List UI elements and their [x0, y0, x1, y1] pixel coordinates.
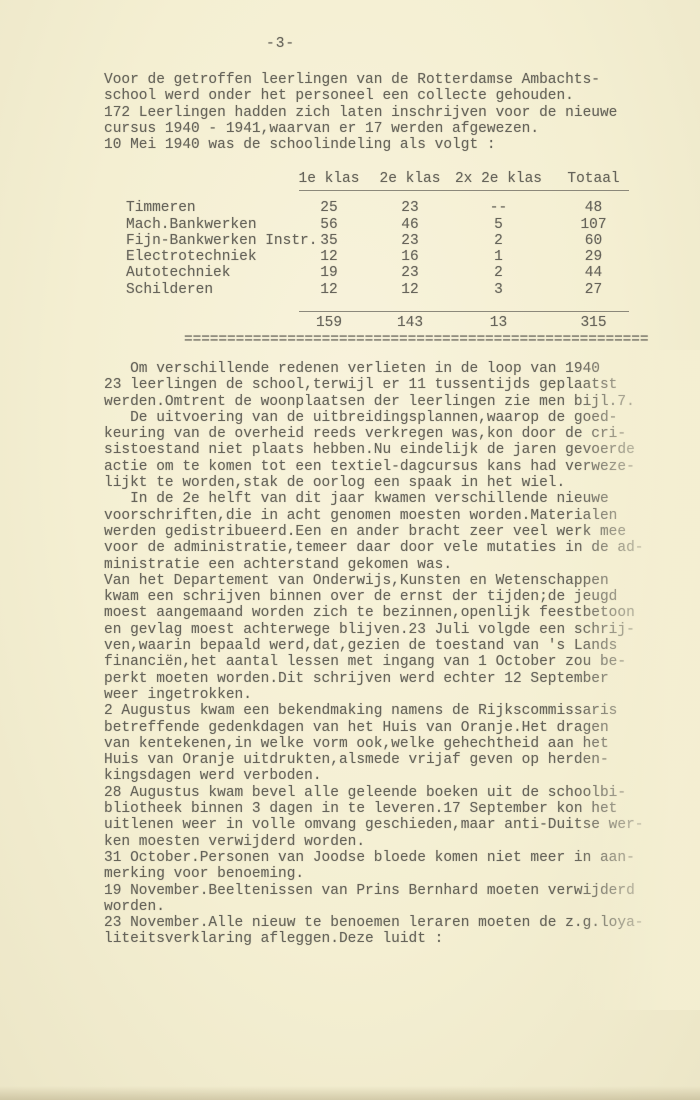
text-line: 23 November.Alle nieuw te benoemen lerar… — [104, 915, 644, 931]
text-line: betreffende gedenkdagen van het Huis van… — [104, 720, 644, 736]
text-line: sistoestand niet plaats hebben.Nu eindel… — [104, 442, 644, 458]
enrollment-cell: 46 — [369, 217, 451, 233]
text-line: lijkt te worden,stak de oorlog een spaak… — [104, 475, 644, 491]
table-row: Autotechniek1923244 — [104, 265, 664, 281]
text-line: cursus 1940 - 1941,waarvan er 17 werden … — [104, 121, 617, 137]
enrollment-cell: 107 — [546, 217, 641, 233]
enrollment-cell: 1 — [451, 249, 546, 265]
course-name: Electrotechniek — [104, 249, 289, 265]
total-cell: 315 — [546, 315, 641, 331]
table-body: Timmeren2523--48Mach.Bankwerken56465107F… — [104, 200, 664, 298]
intro-paragraph: Voor de getroffen leerlingen van de Rott… — [104, 72, 617, 153]
text-line: Van het Departement van Onderwijs,Kunste… — [104, 573, 644, 589]
text-line: ven,waarin bepaald werd,dat,gezien de to… — [104, 638, 644, 654]
text-line: voor de administratie,temeer daar door v… — [104, 540, 644, 556]
text-line: ken moesten verwijderd worden. — [104, 834, 644, 850]
text-line: 2 Augustus kwam een bekendmaking namens … — [104, 703, 644, 719]
text-line: van kentekenen,in welke vorm ook,welke g… — [104, 736, 644, 752]
enrollment-cell: 12 — [289, 249, 369, 265]
text-line: liteitsverklaring afleggen.Deze luidt : — [104, 931, 644, 947]
text-line: werden gedistribueerd.Een en ander brach… — [104, 524, 644, 540]
enrollment-cell: 16 — [369, 249, 451, 265]
text-line: uitlenen weer in volle omvang geschieden… — [104, 817, 644, 833]
enrollment-cell: 3 — [451, 282, 546, 298]
text-line: kingsdagen werd verboden. — [104, 768, 644, 784]
text-line: merking voor benoeming. — [104, 866, 644, 882]
text-line: financiën,het aantal lessen met ingang v… — [104, 654, 644, 670]
text-line: 23 leerlingen de school,terwijl er 11 tu… — [104, 377, 644, 393]
enrollment-table: 1e klas2e klas2x 2e klasTotaal Timmeren2… — [104, 171, 664, 349]
text-line: 10 Mei 1940 was de schoolindeling als vo… — [104, 137, 617, 153]
column-header: 1e klas — [289, 171, 369, 187]
text-line: voorschriften,die in acht genomen moeste… — [104, 508, 644, 524]
enrollment-cell: 23 — [369, 200, 451, 216]
course-name: Fijn-Bankwerken Instr. — [104, 233, 289, 249]
enrollment-cell: 27 — [546, 282, 641, 298]
enrollment-cell: 48 — [546, 200, 641, 216]
table-row: Mach.Bankwerken56465107 — [104, 217, 664, 233]
enrollment-cell: 2 — [451, 233, 546, 249]
table-double-rule: ========================================… — [184, 332, 664, 348]
body-text: Om verschillende redenen verlieten in de… — [104, 361, 644, 948]
enrollment-cell: 23 — [369, 233, 451, 249]
text-line: 31 October.Personen van Joodse bloede ko… — [104, 850, 644, 866]
course-name: Schilderen — [104, 282, 289, 298]
table-totals-rule — [299, 311, 629, 312]
enrollment-cell: 2 — [451, 265, 546, 281]
table-row: Fijn-Bankwerken Instr.3523260 — [104, 233, 664, 249]
enrollment-cell: -- — [451, 200, 546, 216]
enrollment-cell: 5 — [451, 217, 546, 233]
text-line: De uitvoering van de uitbreidingsplannen… — [104, 410, 644, 426]
text-line: bliotheek binnen 3 dagen in te leveren.1… — [104, 801, 644, 817]
total-cell: 159 — [289, 315, 369, 331]
text-line: keuring van de overheid reeds verkregen … — [104, 426, 644, 442]
enrollment-cell: 56 — [289, 217, 369, 233]
course-name: Autotechniek — [104, 265, 289, 281]
text-line: Huis van Oranje uitdrukten,alsmede vrija… — [104, 752, 644, 768]
column-header: Totaal — [546, 171, 641, 187]
table-header-rule — [299, 190, 629, 191]
column-header: 2x 2e klas — [451, 171, 546, 187]
enrollment-cell: 12 — [369, 282, 451, 298]
table-totals-row: 15914313315 — [289, 315, 664, 331]
text-line: weer ingetrokken. — [104, 687, 644, 703]
enrollment-cell: 44 — [546, 265, 641, 281]
text-line: perkt moeten worden.Dit schrijven werd e… — [104, 671, 644, 687]
text-line: Om verschillende redenen verlieten in de… — [104, 361, 644, 377]
text-line: 28 Augustus kwam bevel alle geleende boe… — [104, 785, 644, 801]
text-line: 19 November.Beeltenissen van Prins Bernh… — [104, 883, 644, 899]
enrollment-cell: 23 — [369, 265, 451, 281]
text-line: ministratie een achterstand gekomen was. — [104, 557, 644, 573]
course-name: Mach.Bankwerken — [104, 217, 289, 233]
page-number: -3- — [266, 36, 295, 52]
total-cell: 143 — [369, 315, 451, 331]
enrollment-cell: 60 — [546, 233, 641, 249]
table-row: Timmeren2523--48 — [104, 200, 664, 216]
column-header: 2e klas — [369, 171, 451, 187]
enrollment-cell: 29 — [546, 249, 641, 265]
enrollment-cell: 35 — [289, 233, 369, 249]
table-row: Electrotechniek1216129 — [104, 249, 664, 265]
text-line: worden. — [104, 899, 644, 915]
table-header-row: 1e klas2e klas2x 2e klasTotaal — [289, 171, 664, 187]
text-line: actie om te komen tot een textiel-dagcur… — [104, 459, 644, 475]
text-line: kwam een schrijven binnen over de ernst … — [104, 589, 644, 605]
course-name: Timmeren — [104, 200, 289, 216]
text-line: school werd onder het personeel een coll… — [104, 88, 617, 104]
table-row: Schilderen1212327 — [104, 282, 664, 298]
enrollment-cell: 12 — [289, 282, 369, 298]
enrollment-cell: 19 — [289, 265, 369, 281]
enrollment-cell: 25 — [289, 200, 369, 216]
scanned-document-page: -3- Voor de getroffen leerlingen van de … — [0, 0, 700, 1100]
text-line: werden.Omtrent de woonplaatsen der leerl… — [104, 394, 644, 410]
total-cell: 13 — [451, 315, 546, 331]
text-line: In de 2e helft van dit jaar kwamen versc… — [104, 491, 644, 507]
text-line: moest aangemaand worden zich te bezinnen… — [104, 605, 644, 621]
text-line: 172 Leerlingen hadden zich laten inschri… — [104, 105, 617, 121]
text-line: en gevlag moest achterwege blijven.23 Ju… — [104, 622, 644, 638]
text-line: Voor de getroffen leerlingen van de Rott… — [104, 72, 617, 88]
